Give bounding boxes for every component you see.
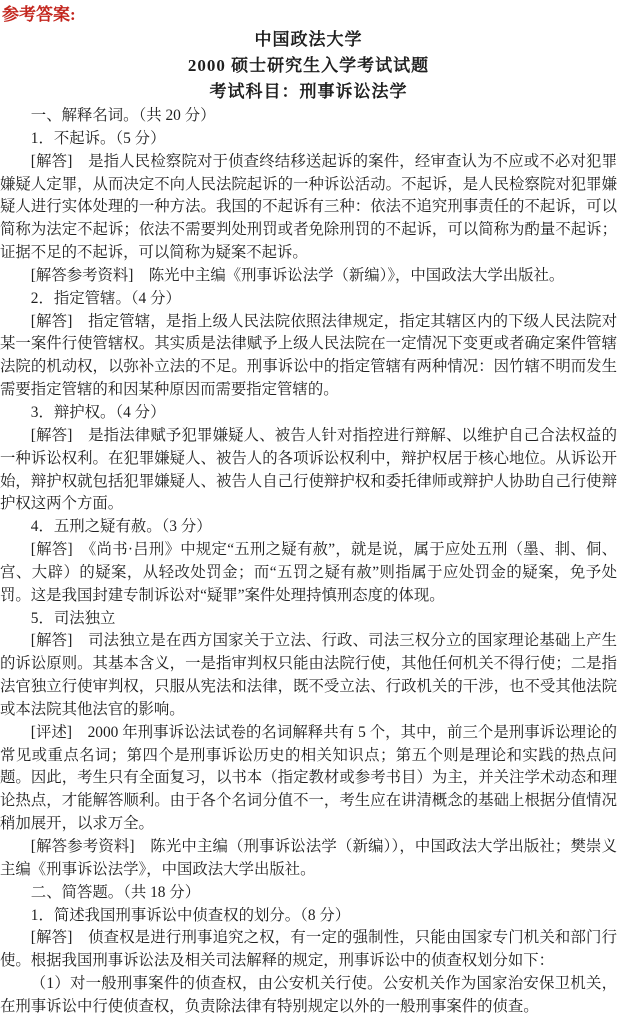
section2-q1-point-1-paragraph: （1）对一般刑事案件的侦查权，由公安机关行使。公安机关作为国家治安保卫机关，在刑… [0, 973, 617, 1018]
exam-year-title: 2000 硕士研究生入学考试试题 [0, 53, 617, 79]
q1-term-heading: 1．不起诉。（5 分） [0, 128, 617, 151]
q4-term-heading: 4．五刑之疑有赦。（3 分） [0, 516, 617, 539]
q5-answer-paragraph: [解答] 司法独立是在西方国家关于立法、行政、司法三权分立的国家理论基础上产生的… [0, 630, 617, 721]
exam-subject-title: 考试科目：刑事诉讼法学 [0, 79, 617, 105]
q5-term-heading: 5．司法独立 [0, 608, 617, 631]
q2-term-heading: 2．指定管辖。（4 分） [0, 288, 617, 311]
q1-answer-paragraph: [解答] 是指人民检察院对于侦查终结移送起诉的案件，经审查认为不应或不必对犯罪嫌… [0, 151, 617, 265]
university-title: 中国政法大学 [0, 27, 617, 53]
section-1-reference-paragraph: [解答参考资料] 陈光中主编（刑事诉讼法学（新编）），中国政法大学出版社；樊崇义… [0, 836, 617, 882]
q1-reference-paragraph: [解答参考资料] 陈光中主编《刑事诉讼法学（新编）》，中国政法大学出版社。 [0, 265, 617, 288]
q4-answer-paragraph: [解答] 《尚书·吕刑》中规定“五刑之疑有赦”，就是说，属于应处五刑（墨、剕、侗… [0, 539, 617, 608]
section2-q1-heading: 1．简述我国刑事诉讼中侦查权的划分。（8 分） [0, 905, 617, 928]
reference-answers-label: 参考答案: [0, 3, 617, 27]
section2-q1-answer-paragraph: [解答] 侦查权是进行刑事追究之权，有一定的强制性，只能由国家专门机关和部门行使… [0, 927, 617, 973]
q3-term-heading: 3．辩护权。（4 分） [0, 402, 617, 425]
section-2-heading: 二、简答题。（共 18 分） [0, 882, 617, 905]
q3-answer-paragraph: [解答] 是指法律赋予犯罪嫌疑人、被告人针对指控进行辩解、以维护自己合法权益的一… [0, 425, 617, 516]
exam-answer-document: 参考答案: 中国政法大学 2000 硕士研究生入学考试试题 考试科目：刑事诉讼法… [0, 0, 617, 1018]
q5-commentary-paragraph: [评述] 2000 年刑事诉讼法试卷的名词解释共有 5 个，其中，前三个是刑事诉… [0, 722, 617, 836]
q2-answer-paragraph: [解答] 指定管辖，是指上级人民法院依照法律规定，指定其辖区内的下级人民法院对某… [0, 311, 617, 402]
section-1-heading: 一、解释名词。（共 20 分） [0, 105, 617, 128]
